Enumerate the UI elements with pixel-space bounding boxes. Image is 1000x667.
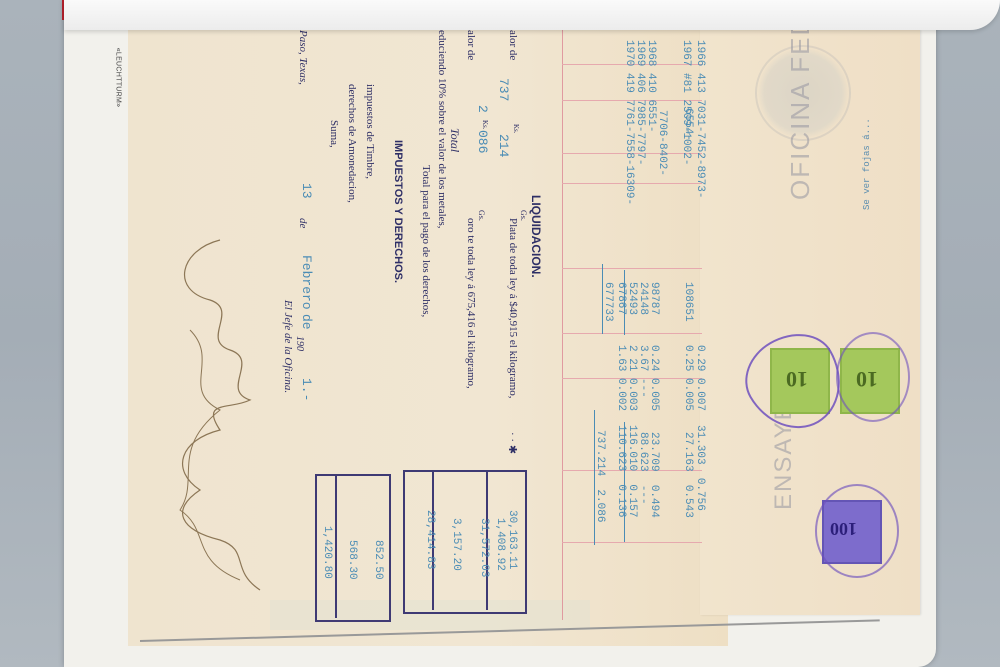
ledger-row-1969: 1969 406 7985-7797-	[634, 40, 646, 165]
plata-value: 30,163.11	[506, 510, 518, 569]
total-label: Total	[447, 128, 462, 152]
date-day: 13	[299, 183, 314, 199]
total-pago-value: 28,414.83	[424, 510, 436, 569]
box-2-rule	[335, 476, 337, 618]
album-brand: «LEUCHTTURM»	[106, 56, 120, 106]
oro-g: 086	[475, 130, 490, 153]
ledger-weight: 24148	[637, 282, 649, 315]
ledger-row-1970: 1970 419 7761-7558-16309-	[623, 40, 635, 205]
year-prefix: 190	[294, 336, 305, 351]
silver-total-underline	[594, 410, 595, 545]
ledger-rule	[562, 542, 702, 543]
plata-row-marker: · · ✱	[506, 432, 519, 454]
ledger-silver-gold-row: 116.010 0.157	[626, 425, 638, 517]
ledger-silver-gold-row: 88.623 ---	[637, 432, 649, 505]
date-month: Febrero	[299, 255, 314, 310]
gs-label-2: Gs.	[477, 210, 486, 221]
gs-label: Gs.	[519, 210, 528, 221]
ledger-weight: 67867	[615, 282, 627, 315]
impuestos-title: IMPUESTOS Y DERECHOS.	[392, 140, 404, 283]
suma-label: Suma,	[328, 120, 340, 148]
weights-total-underline	[602, 264, 603, 334]
ledger-rule	[562, 268, 702, 269]
kgs-label-1: Ks.	[512, 124, 520, 134]
ledger-silver-gold-total: 737.214 2.086	[594, 430, 606, 522]
liquidacion-title: LIQUIDACION.	[529, 195, 543, 278]
weights-underline	[624, 270, 625, 335]
plata-row-label: Plata de toda ley á $40,915 el kilogramo…	[507, 218, 519, 399]
signature	[160, 230, 290, 610]
cancellation-stamp	[836, 332, 910, 422]
ledger-silver-gold-row: 27.163 0.543	[682, 432, 694, 518]
deduccion-value: 3,157.20	[450, 518, 462, 571]
ledger-weight: 98787	[648, 282, 660, 315]
silver-underline	[624, 422, 625, 542]
total-value: 31,572.03	[478, 518, 490, 577]
ledger-fine-row: 0.25 0.005	[682, 345, 694, 411]
ledger-row-1966: 1966 413 7031-7452-8973-	[694, 40, 706, 198]
year-suffix: 1.-	[299, 378, 314, 401]
valor-de-label-2: alor de	[465, 30, 477, 60]
ledger-weight: 52493	[626, 282, 638, 315]
ledger-fine-row: 0.24 0.005	[648, 345, 660, 411]
ledger-weights-total: 677733	[602, 282, 614, 322]
total-pago-label: Total para el pago de los derechos,	[420, 165, 432, 317]
plata-kg: 737	[496, 78, 511, 101]
deduccion-label: educiendo 10% sobre el valor de los meta…	[436, 30, 448, 229]
ledger-rule	[562, 333, 702, 334]
album-brand-label: «LEUCHTTURM»	[114, 48, 121, 108]
cancellation-stamp	[815, 484, 899, 578]
ghost-office-text: OFICINA FEDERAL	[785, 0, 816, 200]
ledger-top-fine: 0.29 0.007	[694, 345, 706, 411]
ledger-row-1967b: 7706-8402-	[656, 110, 668, 176]
album-page-fold	[64, 0, 1000, 30]
ledger-fine-row: 3.67 ---	[637, 345, 649, 398]
amonedacion-label: derechos de Amonedacion,	[346, 84, 358, 203]
timbre-value: 852.50	[372, 540, 384, 580]
oro-kg: 2	[475, 105, 490, 113]
valor-de-label-1: alor de	[507, 30, 519, 60]
kgs-label-2: Ks.	[481, 120, 489, 130]
ledger-silver-gold-row: 110.623 0.136	[615, 425, 627, 517]
ledger-margin-line	[562, 30, 563, 620]
ledger-fine-row: 2 21 0.003	[626, 345, 638, 411]
de-label-1: de	[297, 218, 309, 228]
oro-row-label: oro te toda ley á 675,416 el kilogramo,	[465, 218, 477, 389]
ledger-fine-row: 1.63 0.002	[615, 345, 627, 411]
ledger-silver-gold-row: 23.709 0.494	[648, 432, 660, 518]
ledger-row-1968: 1968 410 6551-	[645, 40, 657, 132]
ledger-weight: 108651	[682, 282, 694, 322]
oro-value: 1,408.92	[494, 518, 506, 571]
de-label-2: de	[299, 314, 314, 330]
ledger-row-1967: 1967 #81 2509-1002-	[680, 40, 692, 165]
place-label: Paso, Texas,	[297, 30, 309, 85]
suma-value: 1,420.80	[321, 526, 333, 579]
amonedacion-value: 568.30	[346, 540, 358, 580]
plata-g: 214	[496, 134, 511, 157]
ledger-top-silver-gold: 31.303 0.756	[694, 425, 706, 511]
ghost-typed-line: Se ver fojas á...	[862, 118, 872, 210]
timbre-label: impuestos de Timbre,	[364, 84, 376, 179]
